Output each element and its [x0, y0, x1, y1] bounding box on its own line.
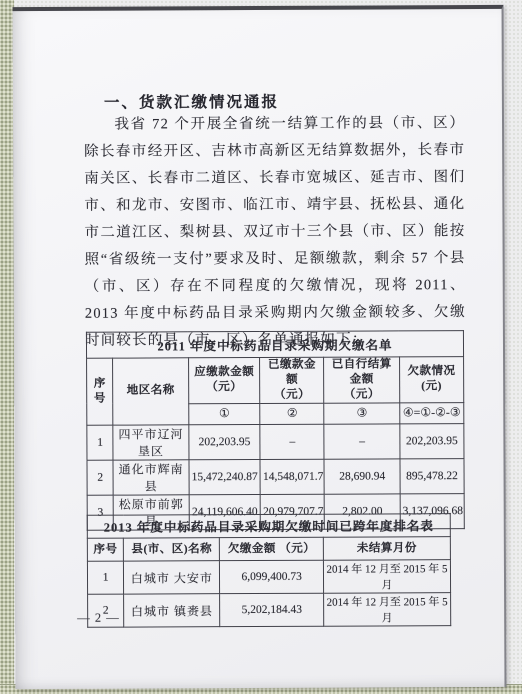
header-self-settled-unit: （元） — [344, 388, 380, 400]
header-seq: 序号 — [87, 358, 114, 425]
header-paid-name: 已缴款金额 — [268, 359, 316, 386]
cell-months: 2014 年 12 月至 2015 年 5 月 — [324, 593, 451, 627]
header-county: 县(市、区)名称 — [124, 538, 220, 561]
cell-county: 白城市 大安市 — [124, 561, 220, 594]
header-payable-unit: （元） — [206, 381, 242, 393]
cell-amount: 5,202,184.43 — [220, 593, 324, 626]
cell-region: 四平市辽河垦区 — [113, 425, 189, 460]
header-amount: 欠缴金额 （元） — [220, 537, 324, 560]
table-row: 1 四平市辽河垦区 202,203.95 – – 202,203.95 — [87, 423, 464, 460]
scanned-document-background: 一、货款汇缴情况通报 我省 72 个开展全省统一结算工作的县（市、区）除长春市经… — [0, 0, 522, 694]
header-payable: 应缴款金额 （元） — [188, 357, 260, 403]
cell-payable: 202,203.95 — [189, 424, 261, 459]
header-paid-unit: （元） — [274, 389, 310, 401]
page-number: — 2 — — [77, 611, 120, 626]
cell-months: 2014 年 12 月至 2015 年 5 月 — [323, 560, 450, 594]
header-payable-name: 应缴款金额 — [194, 366, 254, 378]
cell-owed: 895,478.22 — [400, 458, 464, 493]
scan-left-edge-texture — [0, 0, 14, 694]
cell-seq: 1 — [87, 425, 114, 460]
subheader-circle2: ② — [260, 403, 324, 424]
header-arrears: 欠款情况(元) — [399, 357, 463, 403]
subheader-circle3: ③ — [324, 403, 399, 424]
header-paid: 已缴款金额 （元） — [260, 357, 324, 403]
body-paragraph: 我省 72 个开展全省统一结算工作的县（市、区）除长春市经开区、吉林市高新区无结… — [84, 110, 466, 355]
table-header-row: 序号 县(市、区)名称 欠缴金额 （元） 未结算月份 — [87, 537, 450, 562]
header-months: 未结算月份 — [323, 537, 450, 561]
table-2011-arrears-list: 2011 年度中标药品目录采购期欠缴名单 序号 地区名称 应缴款金额 （元） 已… — [86, 330, 465, 530]
section-heading: 一、货款汇缴情况通报 — [104, 90, 279, 113]
cell-seq: 1 — [87, 561, 123, 594]
table-header-row: 序号 地区名称 应缴款金额 （元） 已缴款金额 （元） 已自行结算金额 （元） … — [87, 357, 464, 404]
header-self-settled: 已自行结算金额 （元） — [324, 357, 400, 403]
cell-owed: 202,203.95 — [400, 423, 464, 458]
table-title-row: 2013 年度中标药品目录采购期欠缴时间已跨年度排名表 — [87, 514, 450, 539]
document-page: 一、货款汇缴情况通报 我省 72 个开展全省统一结算工作的县（市、区）除长春市经… — [13, 5, 507, 689]
cell-payable: 15,472,240.87 — [189, 459, 261, 494]
table-title-row: 2011 年度中标药品目录采购期欠缴名单 — [86, 331, 463, 359]
cell-settled: 28,690.94 — [324, 459, 400, 494]
table-2011-title: 2011 年度中标药品目录采购期欠缴名单 — [86, 331, 463, 359]
header-self-settled-name: 已自行结算金额 — [332, 358, 392, 385]
table-row: 2 通化市辉南县 15,472,240.87 14,548,071.71 28,… — [87, 458, 464, 495]
cell-county: 白城市 镇赉县 — [124, 594, 220, 627]
cell-paid: – — [260, 424, 324, 459]
table-row: 1 白城市 大安市 6,099,400.73 2014 年 12 月至 2015… — [87, 560, 450, 595]
subheader-formula: ④=①-②-③ — [400, 402, 464, 423]
subheader-circle1: ① — [189, 403, 261, 424]
table-2013-cross-year-ranking: 2013 年度中标药品目录采购期欠缴时间已跨年度排名表 序号 县(市、区)名称 … — [87, 513, 451, 628]
cell-settled: – — [324, 424, 400, 459]
table-row: 2 白城市 镇赉县 5,202,184.43 2014 年 12 月至 2015… — [88, 593, 451, 628]
table-2013-title: 2013 年度中标药品目录采购期欠缴时间已跨年度排名表 — [87, 514, 450, 539]
header-region: 地区名称 — [113, 358, 189, 425]
cell-amount: 6,099,400.73 — [220, 560, 324, 593]
cell-paid: 14,548,071.71 — [260, 459, 324, 494]
header-seq: 序号 — [87, 538, 123, 561]
cell-region: 通化市辉南县 — [113, 460, 189, 495]
cell-seq: 2 — [87, 460, 114, 495]
